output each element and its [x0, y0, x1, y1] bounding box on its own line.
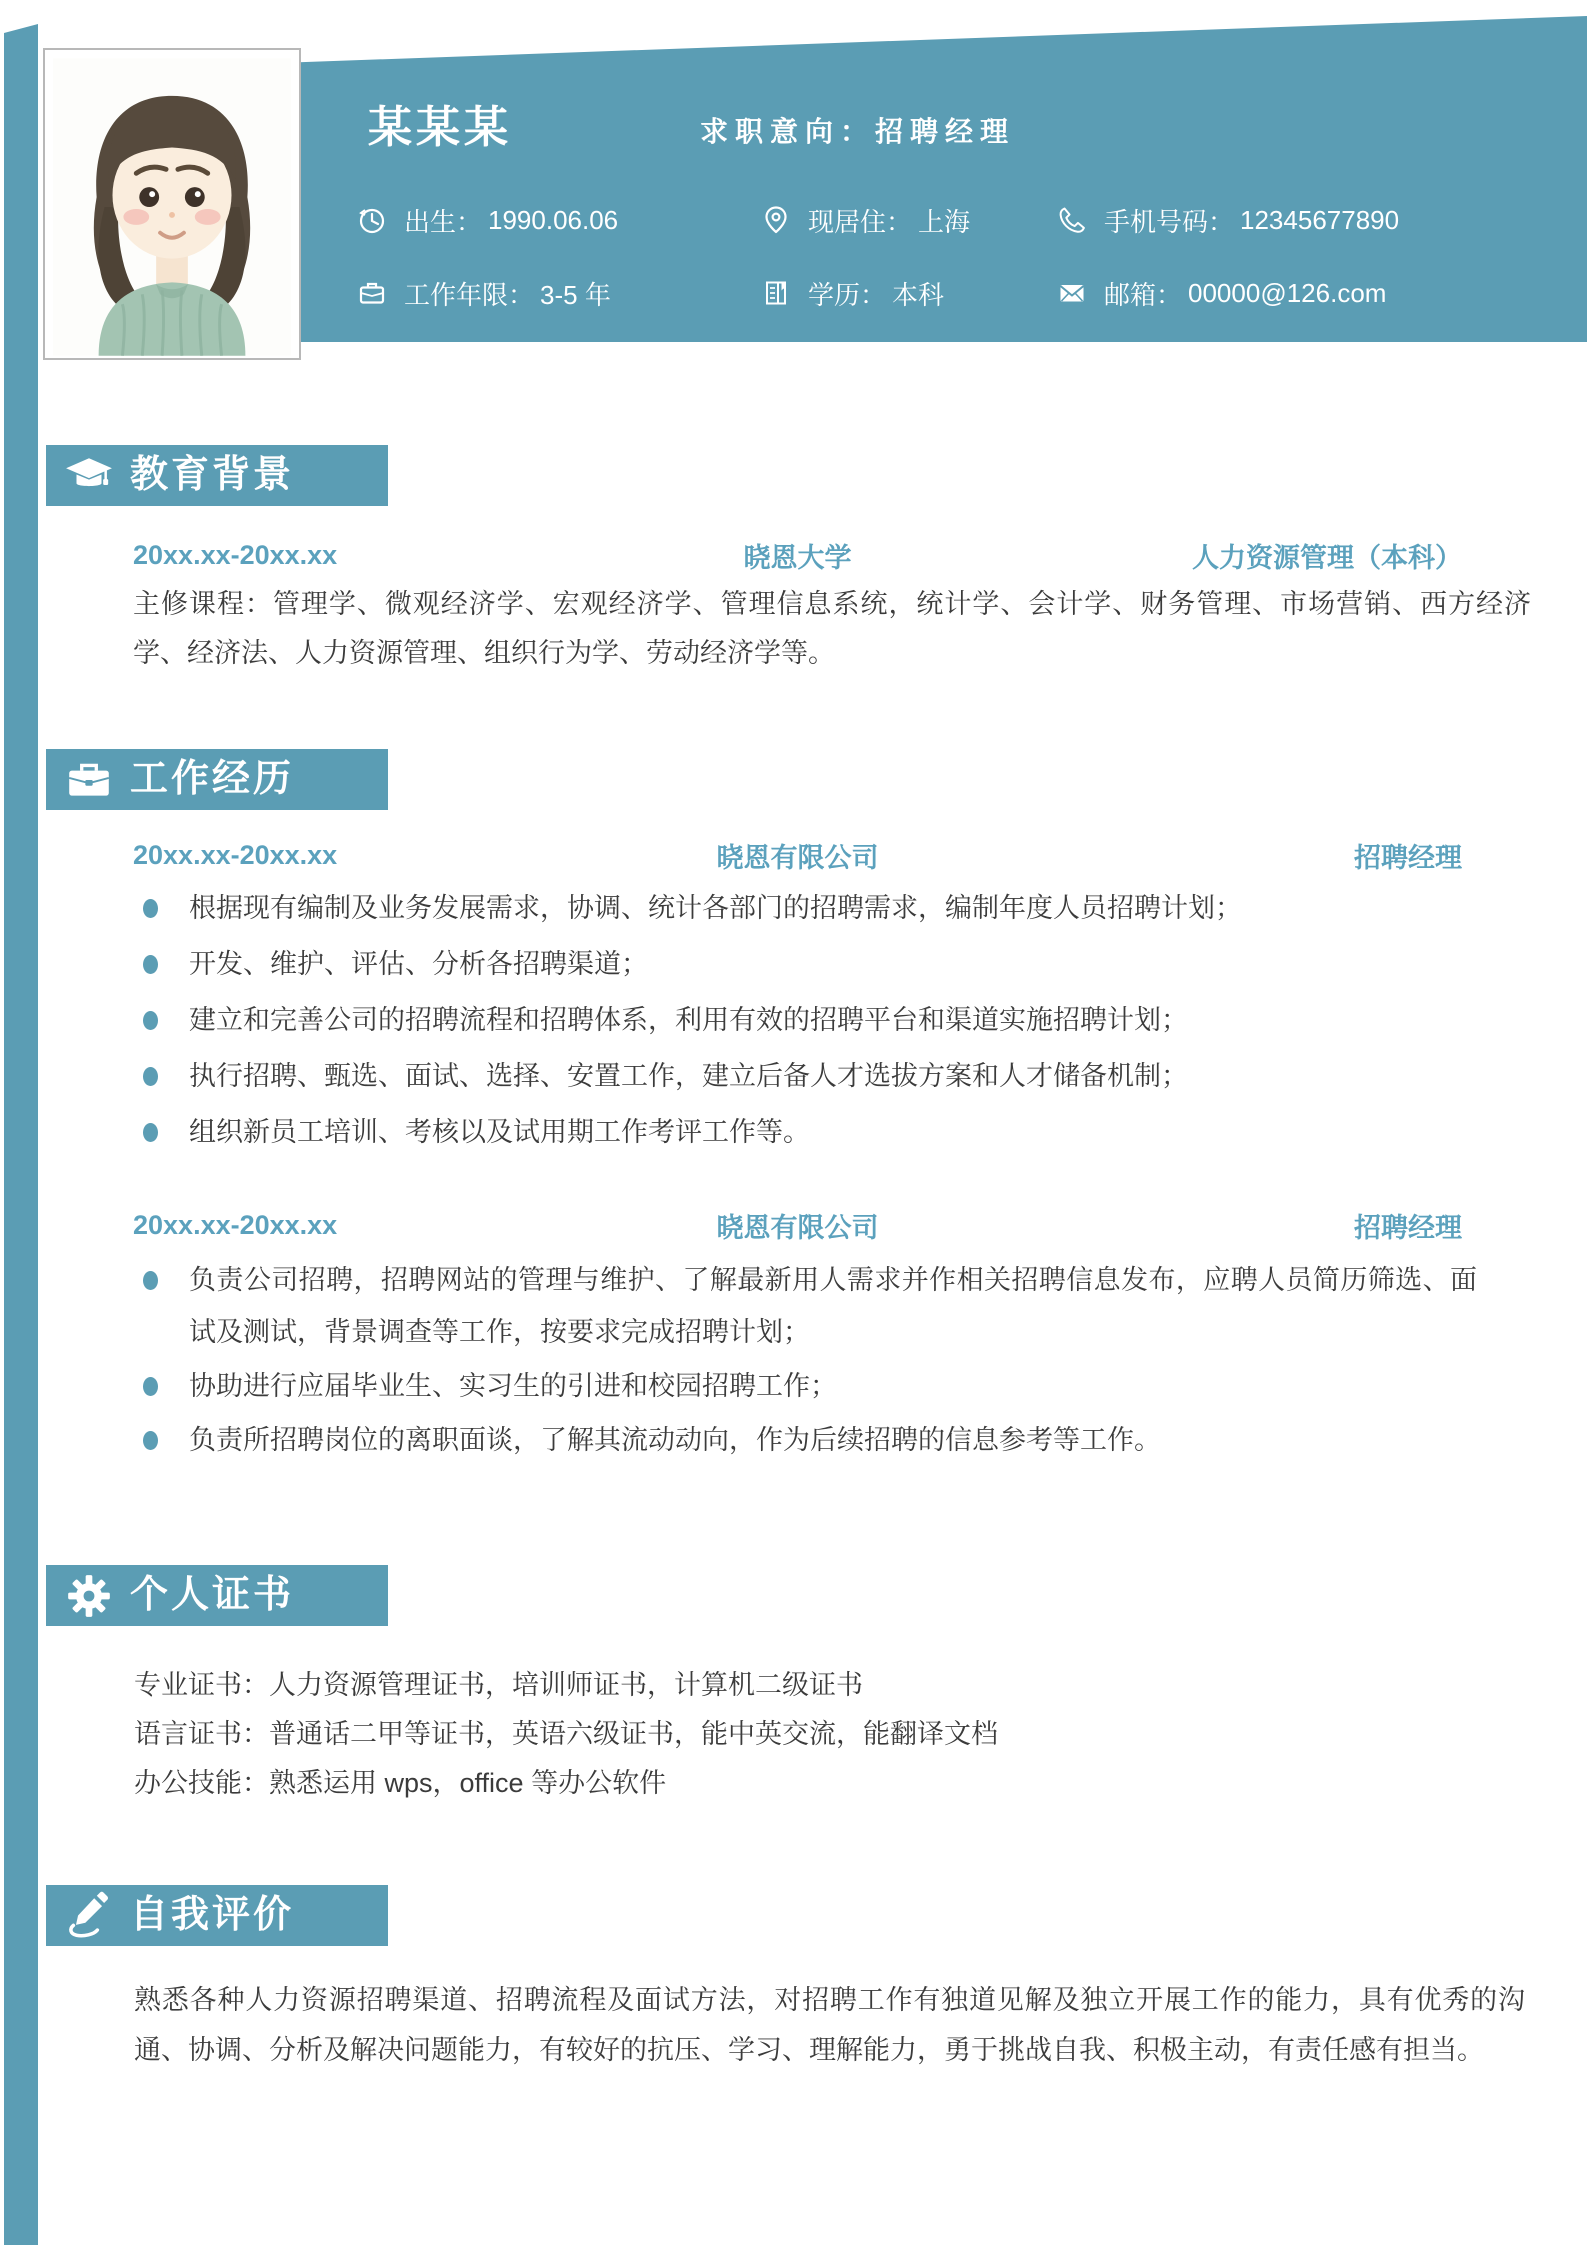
info-label: 手机号码：: [1104, 202, 1234, 239]
certificates-list: 专业证书：人力资源管理证书，培训师证书，计算机二级证书 语言证书：普通话二甲等证…: [134, 1661, 1487, 1808]
job-date: 20xx.xx-20xx.xx: [133, 840, 463, 871]
bullet-text: 建立和完善公司的招聘流程和招聘体系，利用有效的招聘平台和渠道实施招聘计划；: [189, 1005, 1188, 1035]
briefcase-icon: [64, 755, 114, 805]
bullet-text: 开发、维护、评估、分析各招聘渠道；: [189, 949, 648, 979]
list-item: 建立和完善公司的招聘流程和招聘体系，利用有效的招聘平台和渠道实施招聘计划；: [143, 994, 1477, 1046]
bullet-text: 根据现有编制及业务发展需求，协调、统计各部门的招聘需求，编制年度人员招聘计划；: [189, 893, 1242, 923]
info-label: 邮箱：: [1104, 275, 1182, 312]
candidate-name: 某某某: [368, 100, 512, 156]
self-evaluation-section-header: 自我评价: [46, 1885, 388, 1946]
briefcase-icon: [356, 277, 388, 309]
location-pin-icon: [760, 204, 792, 236]
job-date: 20xx.xx-20xx.xx: [133, 1210, 463, 1241]
education-courses: 主修课程：管理学、微观经济学、宏观经济学、管理信息系统，统计学、会计学、财务管理…: [133, 580, 1531, 678]
residence-info: 现居住： 上海: [760, 196, 970, 244]
job1-entry-row: 20xx.xx-20xx.xx 晓恩有限公司 招聘经理: [133, 836, 1462, 875]
clock-icon: [356, 204, 388, 236]
phone-info: 手机号码： 12345677890: [1056, 196, 1399, 244]
education-school: 晓恩大学: [463, 536, 1132, 575]
list-item: 开发、维护、评估、分析各招聘渠道；: [143, 938, 1477, 990]
list-item: 负责公司招聘，招聘网站的管理与维护、了解最新用人需求并作相关招聘信息发布，应聘人…: [143, 1254, 1477, 1358]
job-intent: 求职意向：招聘经理: [700, 112, 1015, 152]
job2-entry-row: 20xx.xx-20xx.xx 晓恩有限公司 招聘经理: [133, 1206, 1462, 1245]
education-section-header: 教育背景: [46, 445, 388, 506]
list-item: 组织新员工培训、考核以及试用期工作考评工作等。: [143, 1106, 1477, 1158]
info-label: 出生：: [404, 202, 482, 239]
job-company: 晓恩有限公司: [463, 1206, 1132, 1245]
education-info: 学历： 本科: [760, 269, 944, 317]
list-item: 协助进行应届毕业生、实习生的引进和校园招聘工作；: [143, 1360, 1477, 1412]
education-date: 20xx.xx-20xx.xx: [133, 540, 463, 571]
avatar-illustration: [53, 56, 291, 358]
job-position: 招聘经理: [1132, 836, 1462, 875]
list-item: 负责所招聘岗位的离职面谈，了解其流动动向，作为后续招聘的信息参考等工作。: [143, 1414, 1477, 1466]
left-accent-stripe: [4, 24, 38, 2245]
phone-icon: [1056, 204, 1088, 236]
pen-icon: [64, 1891, 114, 1941]
education-entry-row: 20xx.xx-20xx.xx 晓恩大学 人力资源管理（本科）: [133, 536, 1462, 575]
info-value: 12345677890: [1240, 205, 1399, 236]
certificate-line: 办公技能：熟悉运用 wps，office 等办公软件: [134, 1759, 1487, 1808]
section-title: 自我评价: [130, 1885, 294, 1946]
bullet-text: 执行招聘、甄选、面试、选择、安置工作，建立后备人才选拔方案和人才储备机制；: [189, 1061, 1188, 1091]
bullet-dot-icon: [143, 1377, 158, 1396]
info-value: 1990.06.06: [488, 205, 618, 236]
certificate-line: 语言证书：普通话二甲等证书，英语六级证书，能中英交流，能翻译文档: [134, 1710, 1487, 1759]
info-value: 3-5 年: [540, 275, 611, 312]
bullet-text: 协助进行应届毕业生、实习生的引进和校园招聘工作；: [189, 1371, 837, 1401]
job-company: 晓恩有限公司: [463, 836, 1132, 875]
info-value: 本科: [892, 275, 944, 312]
graduation-cap-icon: [64, 451, 114, 501]
bullet-dot-icon: [143, 1011, 158, 1030]
self-evaluation-text: 熟悉各种人力资源招聘渠道、招聘流程及面试方法，对招聘工作有独道见解及独立开展工作…: [134, 1975, 1525, 2075]
job2-bullet-list: 负责公司招聘，招聘网站的管理与维护、了解最新用人需求并作相关招聘信息发布，应聘人…: [143, 1254, 1477, 1466]
envelope-icon: [1056, 277, 1088, 309]
bullet-dot-icon: [143, 1123, 158, 1142]
info-value: 00000@126.com: [1188, 278, 1386, 309]
bullet-dot-icon: [143, 955, 158, 974]
certificates-section-header: 个人证书: [46, 1565, 388, 1626]
list-item: 根据现有编制及业务发展需求，协调、统计各部门的招聘需求，编制年度人员招聘计划；: [143, 882, 1477, 934]
job-position: 招聘经理: [1132, 1206, 1462, 1245]
info-label: 现居住：: [808, 202, 912, 239]
list-item: 执行招聘、甄选、面试、选择、安置工作，建立后备人才选拔方案和人才储备机制；: [143, 1050, 1477, 1102]
diploma-icon: [760, 277, 792, 309]
job1-bullet-list: 根据现有编制及业务发展需求，协调、统计各部门的招聘需求，编制年度人员招聘计划； …: [143, 882, 1477, 1158]
birth-info: 出生： 1990.06.06: [356, 196, 618, 244]
work-section-header: 工作经历: [46, 749, 388, 810]
certificate-line: 专业证书：人力资源管理证书，培训师证书，计算机二级证书: [134, 1661, 1487, 1710]
section-title: 个人证书: [130, 1565, 294, 1626]
education-major: 人力资源管理（本科）: [1132, 536, 1462, 575]
bullet-dot-icon: [143, 1431, 158, 1450]
bullet-dot-icon: [143, 1271, 158, 1290]
bullet-dot-icon: [143, 899, 158, 918]
gear-icon: [64, 1571, 114, 1621]
work-years-info: 工作年限： 3-5 年: [356, 269, 611, 317]
section-title: 教育背景: [130, 445, 294, 506]
info-label: 工作年限：: [404, 275, 534, 312]
bullet-text: 组织新员工培训、考核以及试用期工作考评工作等。: [189, 1117, 810, 1147]
profile-photo: [43, 48, 301, 360]
section-title: 工作经历: [130, 749, 294, 810]
info-value: 上海: [918, 202, 970, 239]
info-label: 学历：: [808, 275, 886, 312]
bullet-text: 负责公司招聘，招聘网站的管理与维护、了解最新用人需求并作相关招聘信息发布，应聘人…: [189, 1265, 1477, 1347]
email-info: 邮箱： 00000@126.com: [1056, 269, 1386, 317]
resume-page: 某某某 求职意向：招聘经理 出生： 1990.06.06 现居住： 上海 手机号…: [0, 0, 1587, 2245]
bullet-text: 负责所招聘岗位的离职面谈，了解其流动动向，作为后续招聘的信息参考等工作。: [189, 1425, 1161, 1455]
bullet-dot-icon: [143, 1067, 158, 1086]
